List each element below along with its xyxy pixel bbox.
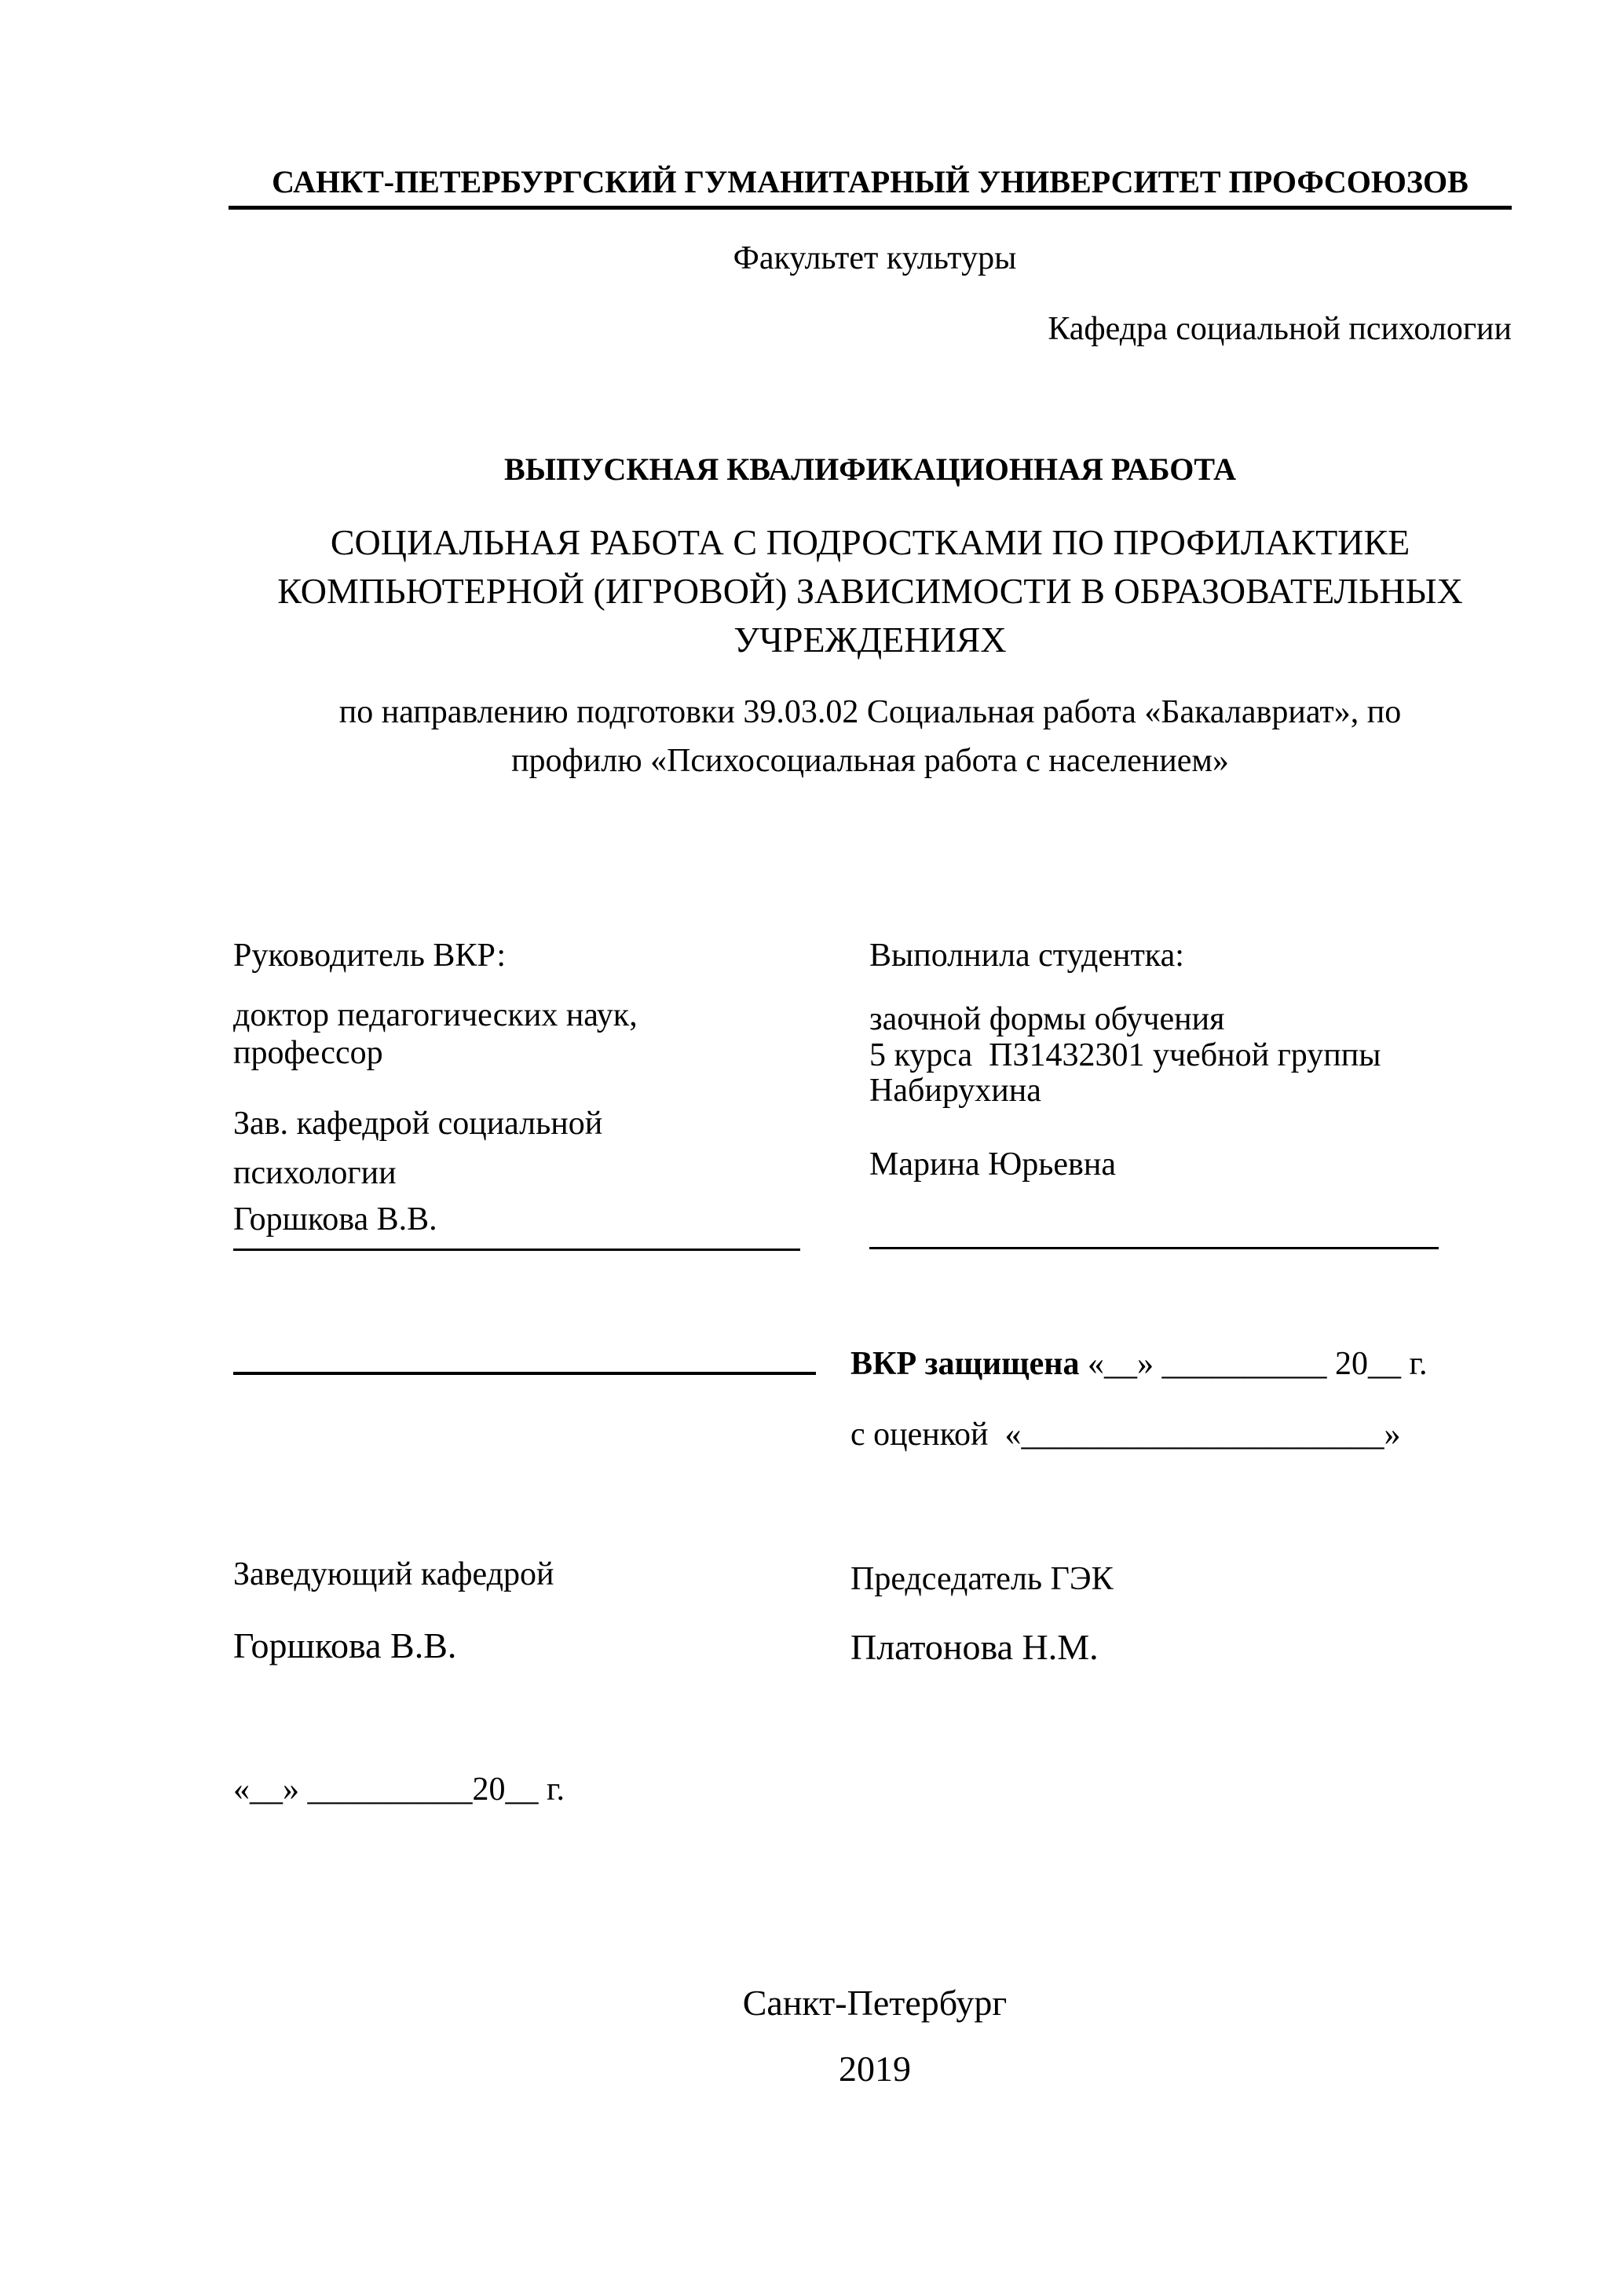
- header-rule: [229, 206, 1512, 210]
- supervisor-position-line-1: Зав. кафедрой социальной: [233, 1107, 602, 1140]
- student-surname: Набирухина: [869, 1074, 1041, 1107]
- defense-status: ВКР защищена «__» __________ 20__ г.: [850, 1347, 1427, 1380]
- student-name: Марина Юрьевна: [869, 1148, 1116, 1181]
- city: Санкт-Петербург: [0, 1985, 1624, 2021]
- supervisor-label: Руководитель ВКР:: [233, 939, 506, 972]
- direction-line-2: профилю «Психосоциальная работа с населе…: [229, 744, 1512, 777]
- defense-date: «__» __________ 20__ г.: [1079, 1346, 1427, 1382]
- supervisor-signature-line: [233, 1249, 800, 1251]
- year: 2019: [0, 2051, 1624, 2087]
- defense-left-signature-line: [233, 1372, 816, 1375]
- work-type: ВЫПУСКНАЯ КВАЛИФИКАЦИОННАЯ РАБОТА: [229, 454, 1512, 485]
- supervisor-degree-line-1: доктор педагогических наук,: [233, 999, 638, 1032]
- commission-chair-label: Председатель ГЭК: [850, 1563, 1114, 1596]
- approval-date: «__» __________20__ г.: [233, 1773, 565, 1806]
- defense-grade: с оценкой «______________________»: [850, 1418, 1401, 1451]
- work-title-line-3: УЧРЕЖДЕНИЯХ: [229, 622, 1512, 658]
- university-name: САНКТ-ПЕТЕРБУРГСКИЙ ГУМАНИТАРНЫЙ УНИВЕРС…: [229, 166, 1512, 198]
- student-form: заочной формы обучения: [869, 1003, 1224, 1036]
- student-course-group: 5 курса ПЗ1432301 учебной группы: [869, 1039, 1381, 1072]
- supervisor-position-line-2: психологии: [233, 1157, 397, 1190]
- head-of-department-name: Горшкова В.В.: [233, 1628, 456, 1664]
- work-title-line-1: СОЦИАЛЬНАЯ РАБОТА С ПОДРОСТКАМИ ПО ПРОФИ…: [229, 525, 1512, 561]
- defense-status-label: ВКР защищена: [850, 1346, 1079, 1382]
- head-of-department-label: Заведующий кафедрой: [233, 1558, 554, 1591]
- department-name: Кафедра социальной психологии: [1048, 313, 1512, 345]
- student-label: Выполнила студентка:: [869, 939, 1184, 972]
- faculty-name: Факультет культуры: [0, 242, 1624, 275]
- supervisor-name: Горшкова В.В.: [233, 1203, 437, 1236]
- commission-chair-name: Платонова Н.М.: [850, 1629, 1099, 1665]
- supervisor-degree-line-2: профессор: [233, 1036, 383, 1069]
- direction-line-1: по направлению подготовки 39.03.02 Социа…: [229, 696, 1512, 729]
- student-signature-line: [869, 1247, 1439, 1249]
- work-title-line-2: КОМПЬЮТЕРНОЙ (ИГРОВОЙ) ЗАВИСИМОСТИ В ОБР…: [229, 573, 1512, 609]
